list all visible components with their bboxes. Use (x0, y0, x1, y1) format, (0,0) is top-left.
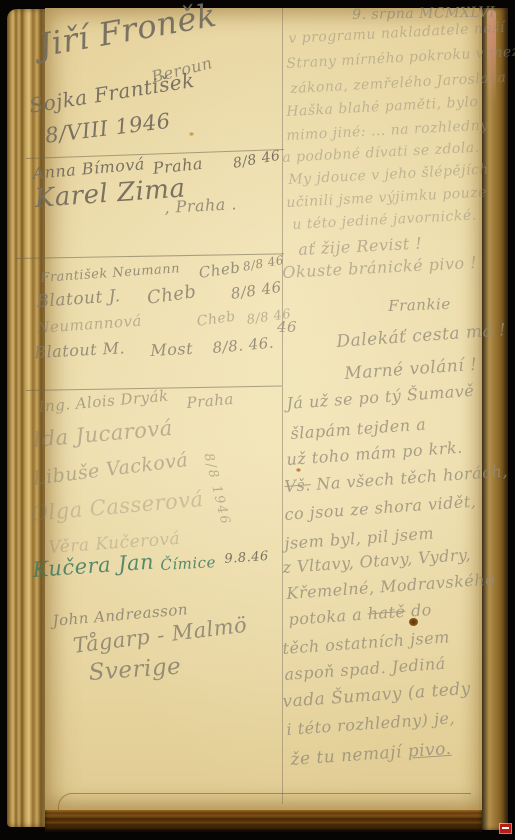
page-stack-edge-left (7, 9, 47, 827)
signature-place: , Praha . (164, 196, 237, 216)
guestbook-scan: Jiří Froněk Beroun Sojka František 8/VII… (0, 0, 515, 840)
signature-name: Blatout M. (34, 340, 125, 361)
signature-place: Čímice (160, 555, 216, 573)
text-segment: do (405, 600, 433, 621)
signature-frankie: Frankie (388, 297, 451, 314)
page-edge-bottom (45, 810, 482, 832)
signature-place: Most (150, 341, 193, 359)
struck-segment: Vš. (284, 475, 312, 496)
ink-stain (296, 468, 301, 472)
scan-marker-icon (500, 824, 511, 833)
date-heading: 9. srpna MCMXLVI (352, 6, 495, 22)
signature-place: Praha (186, 392, 234, 411)
cover-edge-line (58, 793, 471, 810)
underlined-segment: pivo. (407, 739, 452, 762)
column-divider-line (282, 8, 283, 804)
ink-stain (189, 132, 194, 136)
struck-segment: hatě (367, 602, 406, 624)
signature-date: 9.8.46 (224, 550, 269, 566)
margin-number: 46 (277, 320, 297, 335)
